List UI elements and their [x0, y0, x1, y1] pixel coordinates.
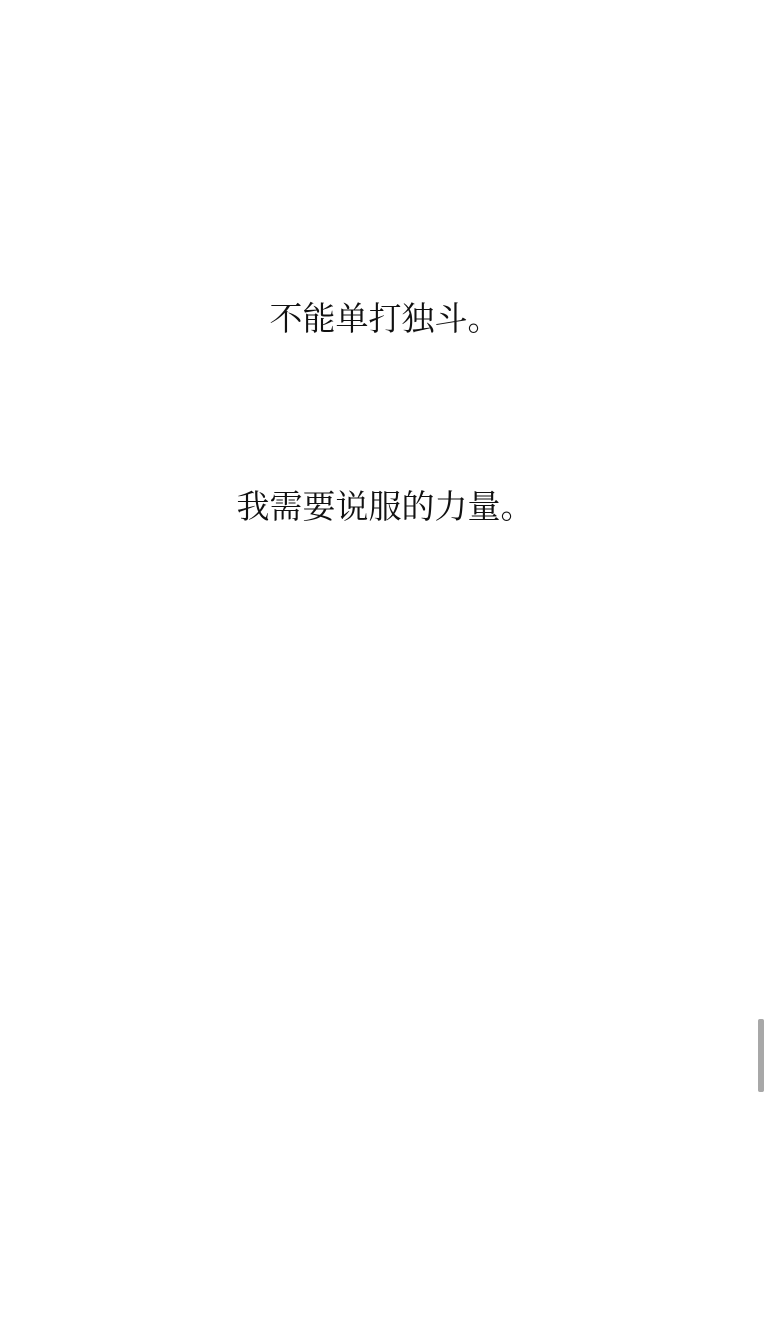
vertical-scrollbar-thumb[interactable] — [758, 1019, 764, 1092]
vertical-scrollbar-track[interactable] — [756, 0, 770, 1342]
dialogue-text-2: 我需要说服的力量。 — [0, 487, 770, 527]
dialogue-text-1: 不能单打独斗。 — [0, 299, 770, 339]
comic-reader-page: 不能单打独斗。 我需要说服的力量。 — [0, 0, 770, 1342]
